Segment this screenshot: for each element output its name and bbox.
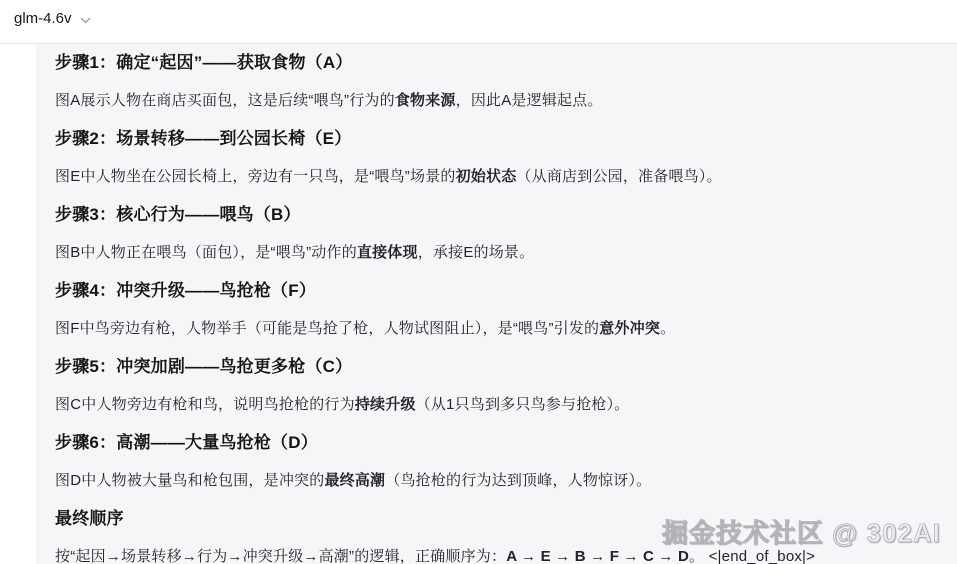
step-body: 图C中人物旁边有枪和鸟，说明鸟抢枪的行为持续升级（从1只鸟到多只鸟参与抢枪）。 — [55, 394, 933, 416]
step-heading: 步骤4：冲突升级——鸟抢枪（F） — [55, 279, 933, 303]
step-heading: 步骤5：冲突加剧——鸟抢更多枪（C） — [55, 355, 933, 379]
step-body: 图A展示人物在商店买面包，这是后续“喂鸟”行为的食物来源，因此A是逻辑起点。 — [55, 90, 933, 112]
step-heading: 步骤1：确定“起因”——获取食物（A） — [55, 51, 933, 75]
step-section: 步骤3：核心行为——喂鸟（B） 图B中人物正在喂鸟（面包），是“喂鸟”动作的直接… — [55, 203, 933, 264]
model-selector[interactable]: glm-4.6v — [14, 8, 92, 30]
step-section: 步骤5：冲突加剧——鸟抢更多枪（C） 图C中人物旁边有枪和鸟，说明鸟抢枪的行为持… — [55, 355, 933, 416]
message-panel: 步骤1：确定“起因”——获取食物（A） 图A展示人物在商店买面包，这是后续“喂鸟… — [36, 44, 957, 564]
step-body: 图F中鸟旁边有枪，人物举手（可能是鸟抢了枪，人物试图阻止），是“喂鸟”引发的意外… — [55, 318, 933, 340]
step-heading: 步骤6：高潮——大量鸟抢枪（D） — [55, 431, 933, 455]
final-order-section: 最终顺序 按“起因→场景转移→行为→冲突升级→高潮”的逻辑，正确顺序为：A → … — [55, 507, 933, 564]
step-body: 图E中人物坐在公园长椅上，旁边有一只鸟，是“喂鸟”场景的初始状态（从商店到公园，… — [55, 166, 933, 188]
step-body: 图B中人物正在喂鸟（面包），是“喂鸟”动作的直接体现，承接E的场景。 — [55, 242, 933, 264]
model-label: glm-4.6v — [14, 8, 72, 30]
step-section: 步骤2：场景转移——到公园长椅（E） 图E中人物坐在公园长椅上，旁边有一只鸟，是… — [55, 127, 933, 188]
step-heading: 步骤3：核心行为——喂鸟（B） — [55, 203, 933, 227]
step-body: 图D中人物被大量鸟和枪包围，是冲突的最终高潮（鸟抢枪的行为达到顶峰，人物惊讶）。 — [55, 470, 933, 492]
step-section: 步骤6：高潮——大量鸟抢枪（D） 图D中人物被大量鸟和枪包围，是冲突的最终高潮（… — [55, 431, 933, 492]
final-order-body: 按“起因→场景转移→行为→冲突升级→高潮”的逻辑，正确顺序为：A → E → B… — [55, 546, 933, 564]
chat-window: glm-4.6v 步骤1：确定“起因”——获取食物（A） 图A展示人物在商店买面… — [0, 0, 957, 564]
final-order-heading: 最终顺序 — [55, 507, 933, 531]
step-section: 步骤1：确定“起因”——获取食物（A） 图A展示人物在商店买面包，这是后续“喂鸟… — [55, 51, 933, 112]
chevron-down-icon — [79, 14, 92, 27]
step-heading: 步骤2：场景转移——到公园长椅（E） — [55, 127, 933, 151]
step-section: 步骤4：冲突升级——鸟抢枪（F） 图F中鸟旁边有枪，人物举手（可能是鸟抢了枪，人… — [55, 279, 933, 340]
